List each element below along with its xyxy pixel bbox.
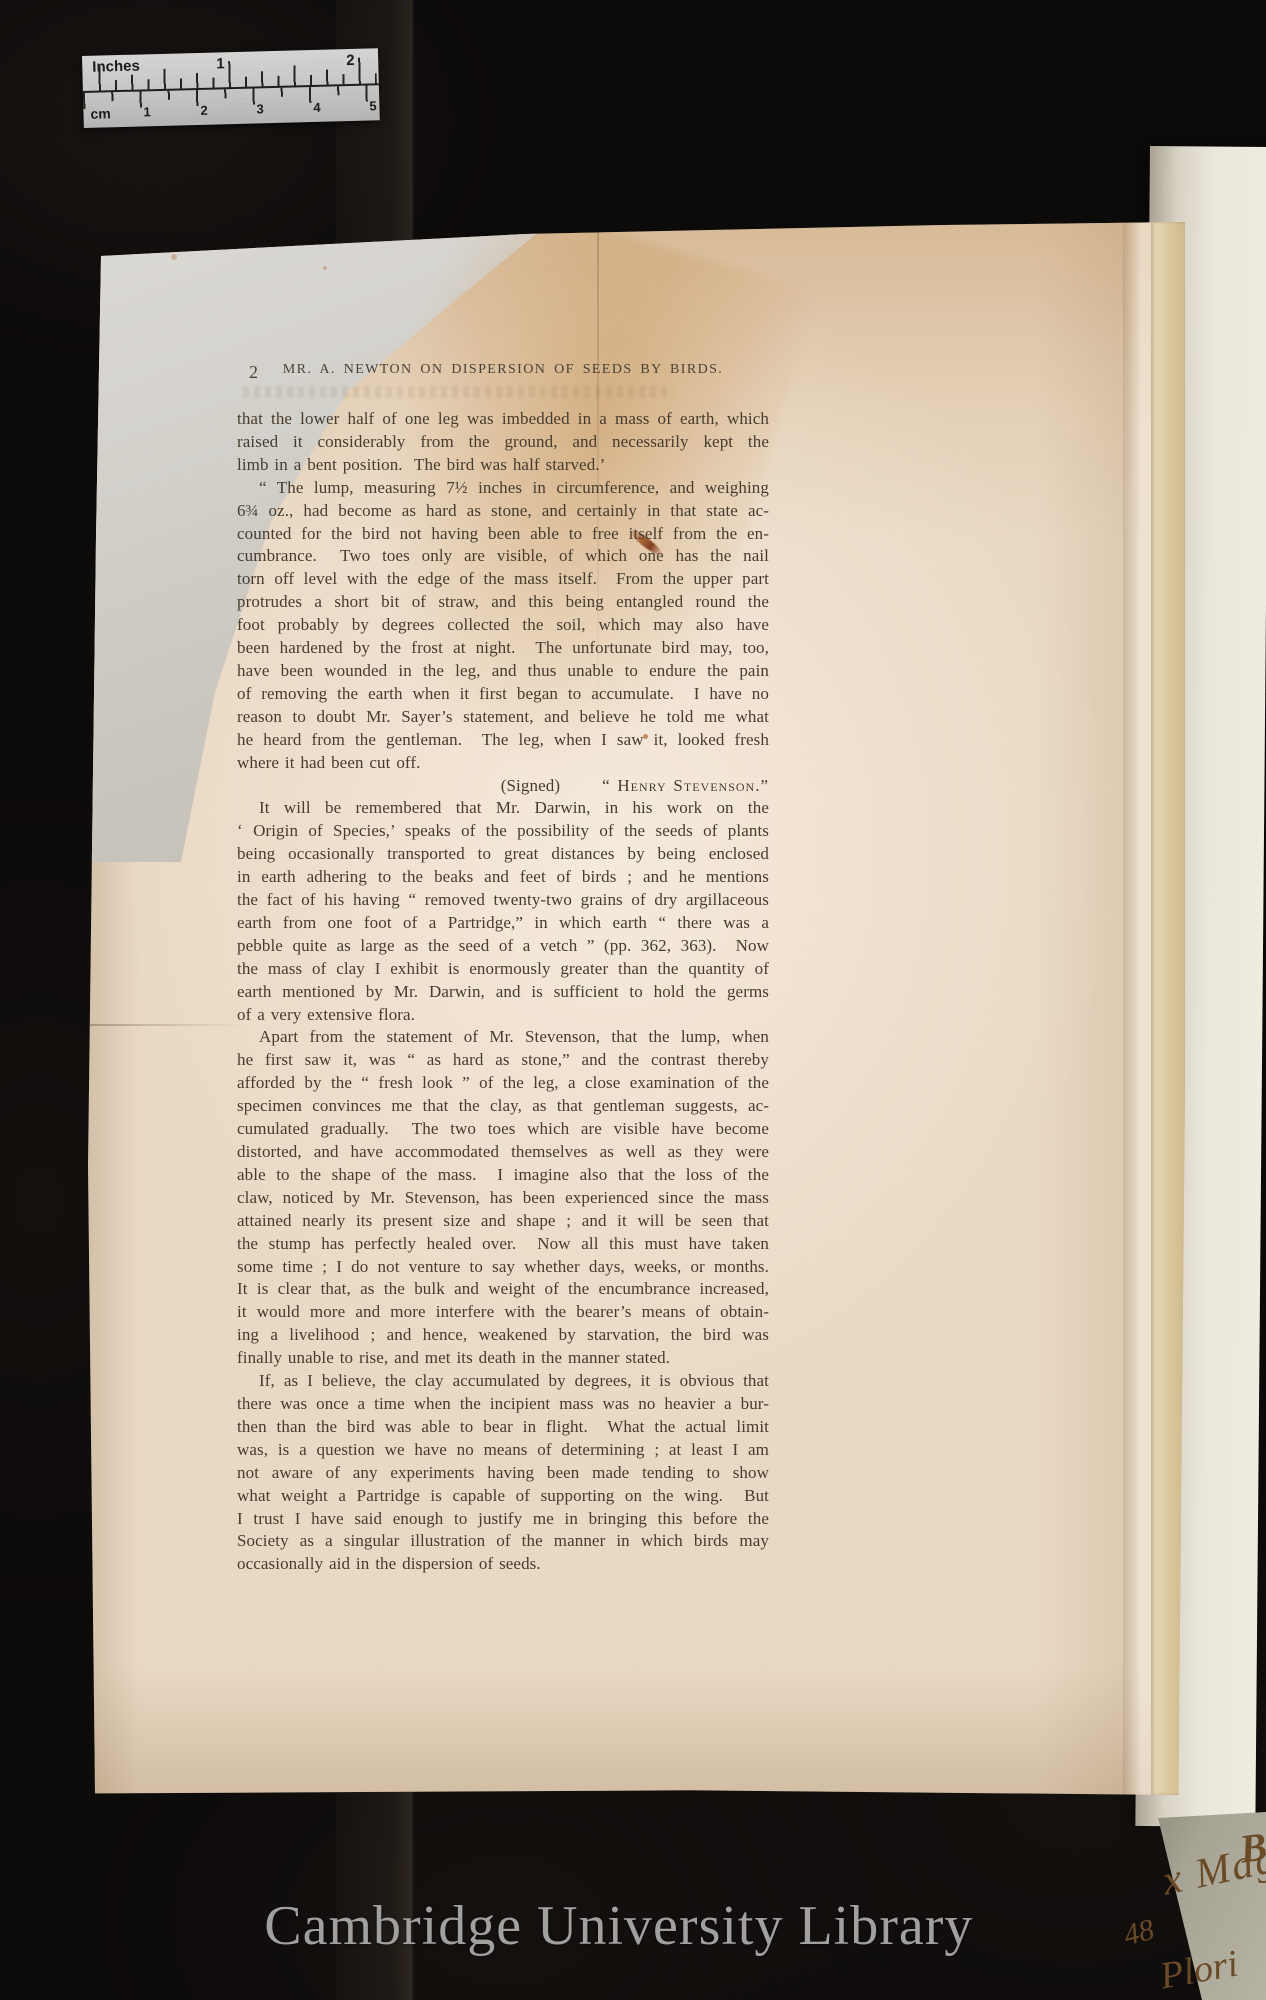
text-line: “ The lump, measuring 7½ inches in circu… (237, 477, 769, 500)
text-line: there was once a time when the incipient… (237, 1393, 769, 1416)
text-line: occasionally aid in the dispersion of se… (237, 1553, 769, 1576)
signed-line: (Signed)“ Henry Stevenson.” (237, 775, 769, 798)
text-line: the fact of his having “ removed twenty-… (237, 889, 769, 912)
text-line: cumbrance. Two toes only are visible, of… (237, 545, 769, 568)
text-line: the stump has perfectly healed over. Now… (237, 1233, 769, 1256)
text-line: I trust I have said enough to justify me… (237, 1508, 769, 1531)
text-line: pebble quite as large as the seed of a v… (237, 935, 769, 958)
ruler-cm-number: 2 (200, 103, 208, 118)
ruler-inch-number: 2 (346, 52, 355, 69)
text-line: the mass of clay I exhibit is enormously… (237, 958, 769, 981)
text-line: cumulated gradually. The two toes which … (237, 1118, 769, 1141)
signed-label: (Signed) (501, 775, 560, 798)
text-line: in earth adhering to the beaks and feet … (237, 866, 769, 889)
text-line: of removing the earth when it first bega… (237, 683, 769, 706)
text-line: of a very extensive flora. (237, 1004, 769, 1027)
text-line: attained nearly its present size and sha… (237, 1210, 769, 1233)
text-line: distorted, and have accommodated themsel… (237, 1141, 769, 1164)
text-line: claw, noticed by Mr. Stevenson, has been… (237, 1187, 769, 1210)
text-line: It is clear that, as the bulk and weight… (237, 1278, 769, 1301)
ink-showthrough (243, 386, 673, 398)
ruler-cm-number: 5 (369, 98, 377, 113)
text-line: raised it considerably from the ground, … (237, 431, 769, 454)
text-line: he first saw it, was “ as hard as stone,… (237, 1049, 769, 1072)
ruler-cm-label: cm (90, 105, 111, 122)
text-line: able to the shape of the mass. I imagine… (237, 1164, 769, 1187)
text-line: been hardened by the frost at night. The… (237, 637, 769, 660)
page-header: 2 MR. A. NEWTON ON DISPERSION OF SEEDS B… (237, 362, 769, 384)
ruler: Inches cm 1212345 (82, 48, 380, 128)
page-number: 2 (249, 362, 258, 383)
foxing-dot (171, 254, 177, 260)
text-line: reason to doubt Mr. Sayer’s statement, a… (237, 706, 769, 729)
scanned-page: 2 MR. A. NEWTON ON DISPERSION OF SEEDS B… (85, 222, 1185, 1795)
text-line: If, as I believe, the clay accumulated b… (237, 1370, 769, 1393)
text-line: Apart from the statement of Mr. Stevenso… (237, 1026, 769, 1049)
text-line: It will be remembered that Mr. Darwin, i… (237, 797, 769, 820)
text-line: foot probably by degrees collected the s… (237, 614, 769, 637)
text-line: 6¾ oz., had become as hard as stone, and… (237, 500, 769, 523)
text-line: then than the bird was able to bear in f… (237, 1416, 769, 1439)
text-line: Society as a singular illustration of th… (237, 1530, 769, 1553)
text-line: torn off level with the edge of the mass… (237, 568, 769, 591)
page-fore-edge (1123, 222, 1151, 1795)
text-line: what weight a Partridge is capable of su… (237, 1485, 769, 1508)
signature-name: “ Henry Stevenson.” (602, 775, 769, 798)
text-line: ing a livelihood ; and hence, weakened b… (237, 1324, 769, 1347)
horizontal-crease (85, 1024, 245, 1026)
text-line: that the lower half of one leg was imbed… (237, 408, 769, 431)
text-line: earth mentioned by Mr. Darwin, and is su… (237, 981, 769, 1004)
text-line: earth from one foot of a Partridge,” in … (237, 912, 769, 935)
running-header: MR. A. NEWTON ON DISPERSION OF SEEDS BY … (237, 362, 769, 378)
text-line: specimen convinces me that the clay, as … (237, 1095, 769, 1118)
text-line: ‘ Origin of Species,’ speaks of the poss… (237, 820, 769, 843)
binding-tape (1151, 222, 1185, 1795)
text-line: protrudes a short bit of straw, and this… (237, 591, 769, 614)
text-line: was, is a question we have no means of d… (237, 1439, 769, 1462)
text-line: it would more and more interfere with th… (237, 1301, 769, 1324)
text-line: limb in a bent position. The bird was ha… (237, 454, 769, 477)
text-line: have been wounded in the leg, and thus u… (237, 660, 769, 683)
text-line: some time ; I do not venture to say whet… (237, 1256, 769, 1279)
ruler-cm-number: 4 (313, 100, 321, 115)
text-line: not aware of any experiments having been… (237, 1462, 769, 1485)
foxing-dot (323, 266, 327, 270)
text-line: where it had been cut off. (237, 752, 769, 775)
ruler-cm-number: 1 (143, 104, 151, 119)
ruler-cm-number: 3 (256, 101, 264, 116)
text-line: being occasionally transported to great … (237, 843, 769, 866)
text-line: afforded by the “ fresh look ” of the le… (237, 1072, 769, 1095)
library-watermark: Cambridge University Library (264, 1894, 973, 1958)
ruler-inch-number: 1 (216, 55, 225, 72)
text-line: finally unable to rise, and met its deat… (237, 1347, 769, 1370)
body-text: that the lower half of one leg was imbed… (237, 408, 769, 1576)
text-line: counted for the bird not having been abl… (237, 523, 769, 546)
text-line: he heard from the gentleman. The leg, wh… (237, 729, 769, 752)
